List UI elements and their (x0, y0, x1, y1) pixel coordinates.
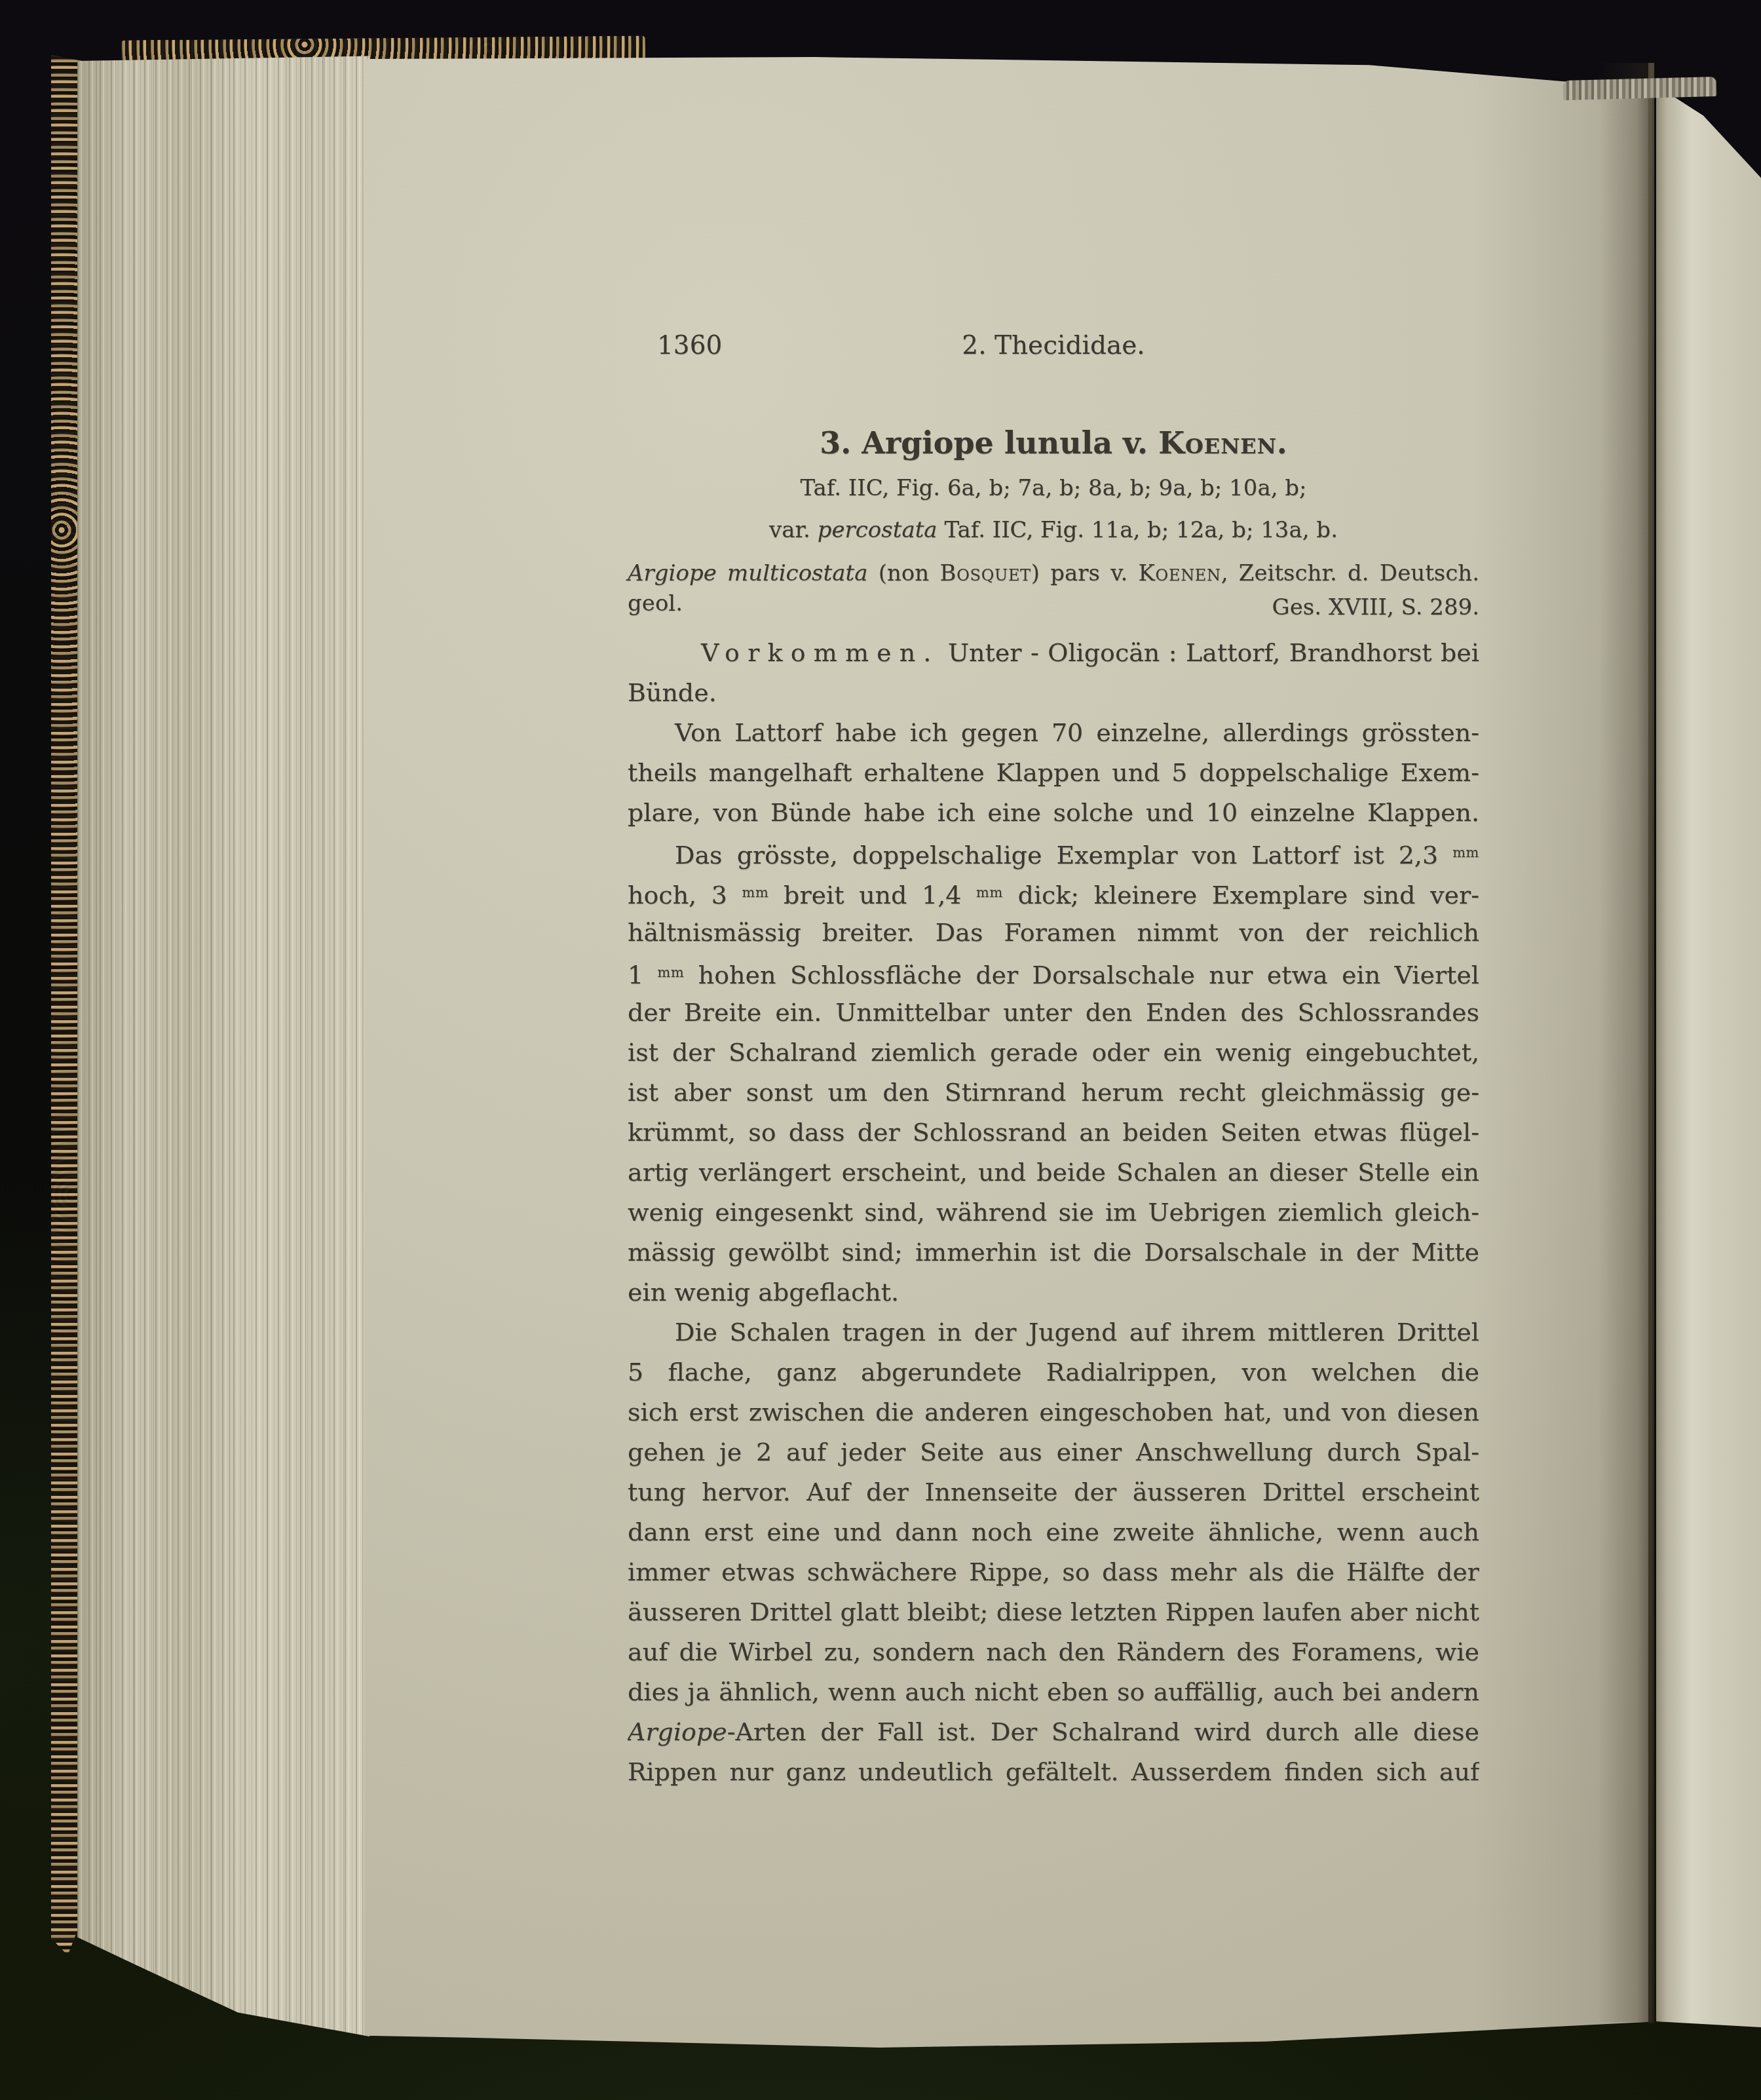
text-segment: mässig gewölbt sind; immerhin ist die Do… (628, 1238, 1479, 1267)
text-line: 1 mm hohen Schlossfläche der Dorsalschal… (628, 953, 1479, 993)
text-segment: hohen Schlossfläche der Dorsalschale nur… (684, 961, 1479, 989)
text-segment: krümmt, so dass der Schlossrand an beide… (628, 1118, 1479, 1147)
text-segment: hältnismässig breiter. Das Foramen nimmt… (628, 918, 1479, 947)
text-segment: . (1277, 425, 1287, 461)
text-line: krümmt, so dass der Schlossrand an beide… (628, 1113, 1479, 1153)
text-segment: breit und 1,4 (768, 881, 976, 909)
text-line: der Breite ein. Unmittelbar unter den En… (628, 993, 1479, 1033)
text-line: artig verlängert erscheint, und beide Sc… (628, 1153, 1479, 1193)
text-segment: ist aber sonst um den Stirnrand herum re… (628, 1078, 1479, 1107)
text-segment: theils mangelhaft erhaltene Klappen und … (628, 758, 1479, 787)
text-line: theils mangelhaft erhaltene Klappen und … (628, 753, 1479, 793)
gutter-shadow (1599, 63, 1654, 2022)
plate-reference-line-1: Taf. IIC, Fig. 6a, b; 7a, b; 8a, b; 9a, … (628, 473, 1479, 503)
plate-reference-line-2: var. percostata Taf. IIC, Fig. 11a, b; 1… (628, 515, 1479, 545)
text-segment: Bünde. (628, 678, 717, 707)
text-line: hältnismässig breiter. Das Foramen nimmt… (628, 913, 1479, 953)
text-segment: Argiope multicostata (628, 560, 867, 586)
text-line: wenig eingesenkt sind, während sie im Ue… (628, 1193, 1479, 1232)
text-line: tung hervor. Auf der Innenseite der äuss… (628, 1472, 1479, 1512)
binding-gutter (1648, 63, 1654, 2023)
text-segment: tung hervor. Auf der Innenseite der äuss… (628, 1478, 1479, 1506)
text-segment: mm (658, 964, 685, 980)
text-segment: plare, von Bünde habe ich eine solche un… (628, 798, 1479, 827)
headband (1563, 77, 1717, 100)
text-segment: Die Schalen tragen in der Jugend auf ihr… (675, 1318, 1479, 1346)
book-photo-background: 1360 2. Thecididae. 3. Argiope lunula v.… (0, 0, 1761, 2100)
text-segment: ) pars v. (1031, 560, 1139, 586)
text-segment: gehen je 2 auf jeder Seite aus einer Ans… (628, 1438, 1479, 1466)
text-line: dann erst eine und dann noch eine zweite… (628, 1512, 1479, 1552)
species-heading: 3. Argiope lunula v. Koenen. (628, 425, 1479, 461)
text-segment: 5 flache, ganz abgerundete Radialrippen,… (628, 1358, 1479, 1392)
text-line: sich erst zwischen die anderen eingescho… (628, 1392, 1479, 1432)
text-line: auf die Wirbel zu, sondern nach den Ränd… (628, 1632, 1479, 1672)
text-segment: percostata (818, 517, 937, 543)
facing-page-sliver (1656, 83, 1761, 2027)
text-segment: immer etwas schwächere Rippe, so dass me… (628, 1557, 1479, 1586)
text-line: 5 flache, ganz abgerundete Radialrippen,… (628, 1352, 1479, 1392)
text-segment: auf die Wirbel zu, sondern nach den Ränd… (628, 1637, 1479, 1666)
text-segment: Vorkommen. (701, 638, 939, 667)
text-segment: Bosquet (939, 560, 1031, 586)
text-segment: mm (1452, 845, 1479, 860)
text-segment: -Arten der Fall ist. Der Schalrand wird … (727, 1717, 1479, 1746)
page-stack-fore-edge (77, 55, 369, 2040)
text-line: ist der Schalrand ziemlich gerade oder e… (628, 1033, 1479, 1073)
text-segment: Argiope (628, 1717, 727, 1746)
text-line: gehen je 2 auf jeder Seite aus einer Ans… (628, 1432, 1479, 1472)
text-line: Vorkommen. Unter - Oligocän : Lattorf, B… (628, 633, 1479, 673)
text-line: äusseren Drittel glatt bleibt; diese let… (628, 1592, 1479, 1632)
text-line: plare, von Bünde habe ich eine solche un… (628, 793, 1479, 833)
text-segment: (non (867, 560, 939, 586)
text-segment: ein wenig abgeflacht. (628, 1278, 899, 1307)
page-header: 1360 2. Thecididae. (628, 329, 1479, 363)
text-segment: Das grösste, doppelschalige Exemplar von… (675, 841, 1452, 869)
text-line: Die Schalen tragen in der Jugend auf ihr… (628, 1312, 1479, 1352)
text-segment: äusseren Drittel glatt bleibt; diese let… (628, 1597, 1479, 1626)
text-line: Argiope-Arten der Fall ist. Der Schalran… (628, 1712, 1479, 1752)
synonymy-line-2: Ges. XVIII, S. 289. (628, 592, 1479, 622)
text-line: dies ja ähnlich, wenn auch nicht eben so… (628, 1672, 1479, 1712)
text-segment: Von Lattorf habe ich gegen 70 einzelne, … (675, 718, 1479, 747)
text-segment: Rippen nur ganz undeutlich gefältelt. Au… (628, 1757, 1479, 1786)
text-line: Rippen nur ganz undeutlich gefältelt. Au… (628, 1752, 1479, 1792)
text-segment: hoch, 3 (628, 881, 742, 909)
text-segment: Koenen (1139, 560, 1221, 586)
text-segment: artig verlängert erscheint, und beide Sc… (628, 1158, 1479, 1187)
text-segment: var. (769, 517, 818, 543)
text-segment: der Breite ein. Unmittelbar unter den En… (628, 998, 1479, 1027)
text-line: ein wenig abgeflacht. (628, 1272, 1479, 1312)
text-segment: Koenen (1158, 425, 1277, 461)
text-segment: sich erst zwischen die anderen eingescho… (628, 1398, 1479, 1426)
text-line: ist aber sonst um den Stirnrand herum re… (628, 1073, 1479, 1113)
text-segment: dies ja ähnlich, wenn auch nicht eben so… (628, 1677, 1479, 1706)
text-segment: mm (976, 885, 1003, 900)
text-segment: 3. Argiope lunula v. (820, 425, 1158, 461)
text-segment: 1 (628, 961, 658, 989)
running-header: 2. Thecididae. (628, 329, 1479, 363)
text-line: hoch, 3 mm breit und 1,4 mm dick; kleine… (628, 873, 1479, 913)
book-cover-left-edge (51, 55, 81, 1955)
text-segment: Taf. IIC, Fig. 11a, b; 12a, b; 13a, b. (937, 517, 1338, 543)
text-segment: dann erst eine und dann noch eine zweite… (628, 1518, 1479, 1546)
text-line: Das grösste, doppelschalige Exemplar von… (628, 833, 1479, 873)
text-line: mässig gewölbt sind; immerhin ist die Do… (628, 1232, 1479, 1272)
text-segment: wenig eingesenkt sind, während sie im Ue… (628, 1198, 1479, 1227)
text-segment: dick; kleinere Exemplare sind ver- (1003, 881, 1479, 909)
text-segment: ist der Schalrand ziemlich gerade oder e… (628, 1038, 1479, 1067)
text-line: immer etwas schwächere Rippe, so dass me… (628, 1552, 1479, 1592)
text-segment: Unter - Oligocän : Lattorf, Brandhorst b… (939, 638, 1479, 667)
text-segment: mm (742, 885, 769, 900)
text-line: Bünde. (628, 673, 1479, 713)
body-text: Vorkommen. Unter - Oligocän : Lattorf, B… (628, 633, 1479, 1792)
text-line: Von Lattorf habe ich gegen 70 einzelne, … (628, 713, 1479, 753)
